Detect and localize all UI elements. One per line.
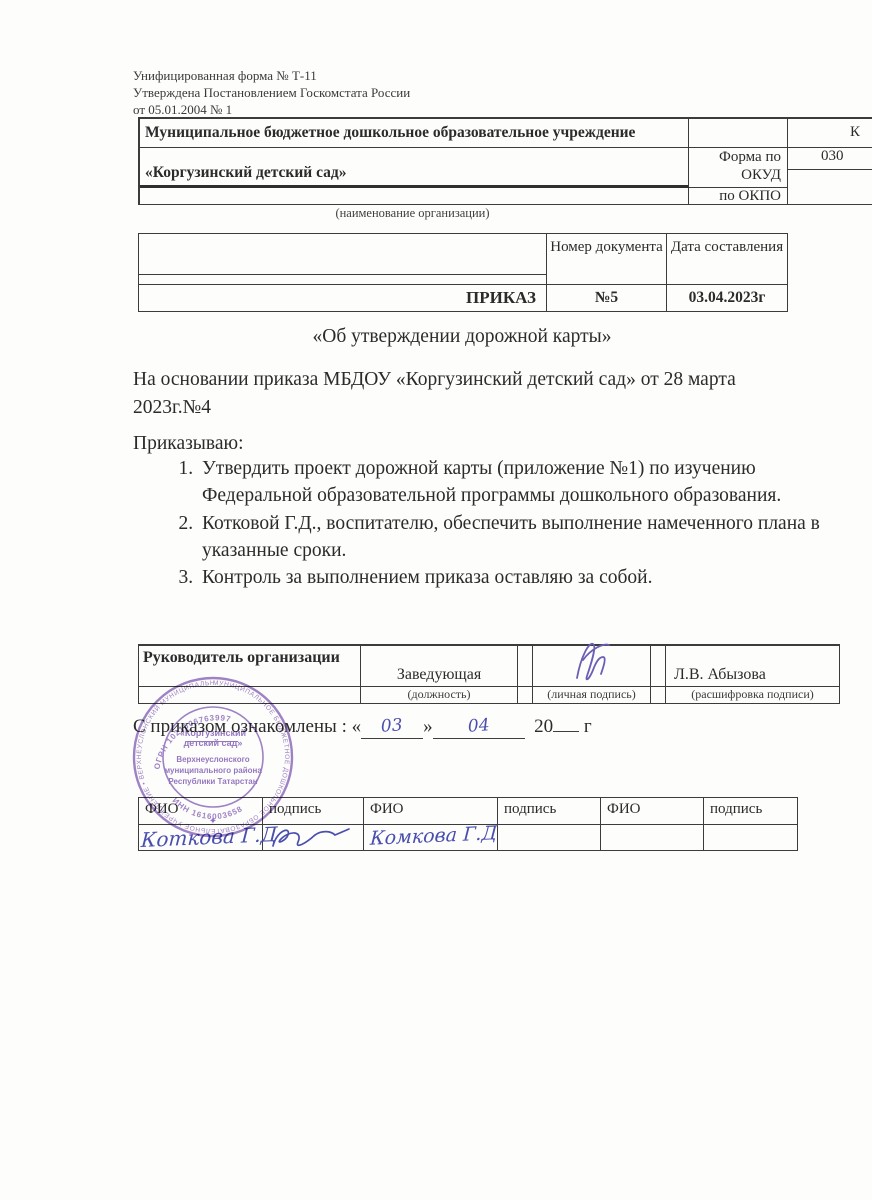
fio-cell-1: Коткова Г.Д: [139, 825, 263, 851]
organization-name-line1: Муниципальное бюджетное дошкольное образ…: [140, 119, 689, 148]
podpis-header: подпись: [263, 798, 364, 825]
stamp-center-line4: муниципального района: [164, 766, 262, 775]
separator-cell: [650, 646, 665, 687]
signature-label-row: (должность) (личная подпись) (расшифровк…: [138, 687, 840, 704]
form-reference-line: Утверждена Постановлением Госкомстата Ро…: [133, 85, 410, 102]
fio-header: ФИО: [139, 798, 263, 825]
handwritten-fio-1: Коткова Г.Д: [140, 822, 278, 852]
fio-cell-3: [601, 825, 704, 851]
separator-cell: [650, 687, 665, 704]
org-table-row-1: Муниципальное бюджетное дошкольное образ…: [140, 119, 872, 148]
head-of-organization-label: Руководитель организации: [138, 646, 360, 687]
scanned-order-document: Унифицированная форма № Т-11 Утверждена …: [0, 0, 872, 1200]
doc-number-header: Номер документа: [547, 234, 667, 284]
ack-table-data-row: Коткова Г.Д Комкова Г.Д: [139, 825, 798, 851]
ack-prefix: С приказом ознакомлены : «: [133, 716, 361, 737]
ack-signature-icon: [265, 824, 355, 852]
doc-date-header: Дата составления: [667, 234, 787, 284]
organization-table: Муниципальное бюджетное дошкольное образ…: [138, 117, 872, 205]
stamp-center-line5: Республики Татарстан: [168, 777, 257, 786]
order-item-3: Контроль за выполнением приказа оставляю…: [198, 564, 838, 591]
podpis-cell-1: [263, 825, 364, 851]
order-table-header-row: Номер документа Дата составления: [139, 234, 787, 284]
podpis-cell-3: [704, 825, 798, 851]
signature-name-value: Л.В. Абызова: [665, 646, 840, 687]
order-items-list: Утвердить проект дорожной карты (приложе…: [148, 455, 838, 591]
fio-header: ФИО: [601, 798, 704, 825]
basis-paragraph: На основании приказа МБДОУ «Коргузинский…: [133, 366, 763, 421]
okud-code-value: 030: [788, 148, 872, 170]
empty-label-cell: [138, 687, 360, 704]
okud-form-label: Форма по ОКУД: [695, 148, 781, 187]
code-column-header: К: [788, 119, 872, 148]
org-table-row-3: по ОКПО: [140, 188, 872, 205]
ack-year-suffix: г: [584, 716, 592, 737]
day-blank: 03: [361, 716, 423, 739]
order-table-value-row: ПРИКАЗ №5 03.04.2023г: [139, 284, 787, 311]
order-item-2: Котковой Г.Д., воспитателю, обеспечить в…: [198, 510, 838, 565]
signature-content-row: Руководитель организации Заведующая Л.В.…: [138, 646, 840, 687]
stamp-center-line2: детский сад»: [184, 738, 243, 748]
form-reference-header: Унифицированная форма № Т-11 Утверждена …: [133, 68, 410, 119]
position-caption: (должность): [360, 687, 517, 704]
handwritten-month: 04: [467, 715, 490, 736]
month-blank: 04: [433, 716, 525, 739]
separator-cell: [517, 687, 532, 704]
year-blank: [553, 731, 579, 732]
org-table-row-2: «Коргузинский детский сад» Форма по ОКУД…: [140, 148, 872, 188]
ack-table-header-row: ФИО подпись ФИО подпись ФИО подпись: [139, 798, 798, 825]
fio-cell-2: Комкова Г.Д: [364, 825, 498, 851]
doc-type-label: ПРИКАЗ: [139, 284, 547, 311]
fio-header: ФИО: [364, 798, 498, 825]
document-title: «Об утверждении дорожной карты»: [138, 326, 786, 348]
org-table-empty-cell: [689, 119, 788, 148]
order-item-1: Утвердить проект дорожной карты (приложе…: [198, 455, 838, 510]
handwritten-fio-2: Комкова Г.Д: [369, 822, 497, 850]
doc-number-value: №5: [547, 284, 667, 311]
acknowledgement-line: С приказом ознакомлены : «03»04 20 г: [133, 716, 592, 739]
signature-name-caption: (расшифровка подписи): [665, 687, 840, 704]
order-number-table: Номер документа Дата составления ПРИКАЗ …: [138, 233, 788, 312]
signature-table: Руководитель организации Заведующая Л.В.…: [138, 644, 840, 704]
stamp-center-line3: Верхнеуслонского: [176, 755, 249, 764]
okpo-value-cell: [788, 188, 872, 205]
director-signature-icon: [561, 634, 621, 686]
podpis-header: подпись: [704, 798, 798, 825]
doc-date-value: 03.04.2023г: [667, 284, 787, 311]
personal-signature-cell: [532, 646, 650, 687]
okpo-label: по ОКПО: [689, 188, 788, 205]
separator-cell: [517, 646, 532, 687]
form-reference-line: Унифицированная форма № Т-11: [133, 68, 410, 85]
personal-signature-caption: (личная подпись): [532, 687, 650, 704]
org-table-empty-cell: [140, 188, 689, 205]
organization-caption: (наименование организации): [138, 206, 687, 221]
order-intro: Приказываю:: [133, 433, 244, 455]
position-value: Заведующая: [360, 646, 517, 687]
order-table-empty-header: [139, 234, 547, 284]
organization-name-line2: «Коргузинский детский сад»: [140, 148, 689, 188]
ack-close-quote: »: [423, 716, 433, 737]
podpis-header: подпись: [498, 798, 601, 825]
handwritten-day: 03: [381, 715, 404, 736]
ack-year-prefix: 20: [534, 716, 553, 737]
podpis-cell-2: [498, 825, 601, 851]
acknowledgement-table: ФИО подпись ФИО подпись ФИО подпись Котк…: [138, 797, 798, 851]
